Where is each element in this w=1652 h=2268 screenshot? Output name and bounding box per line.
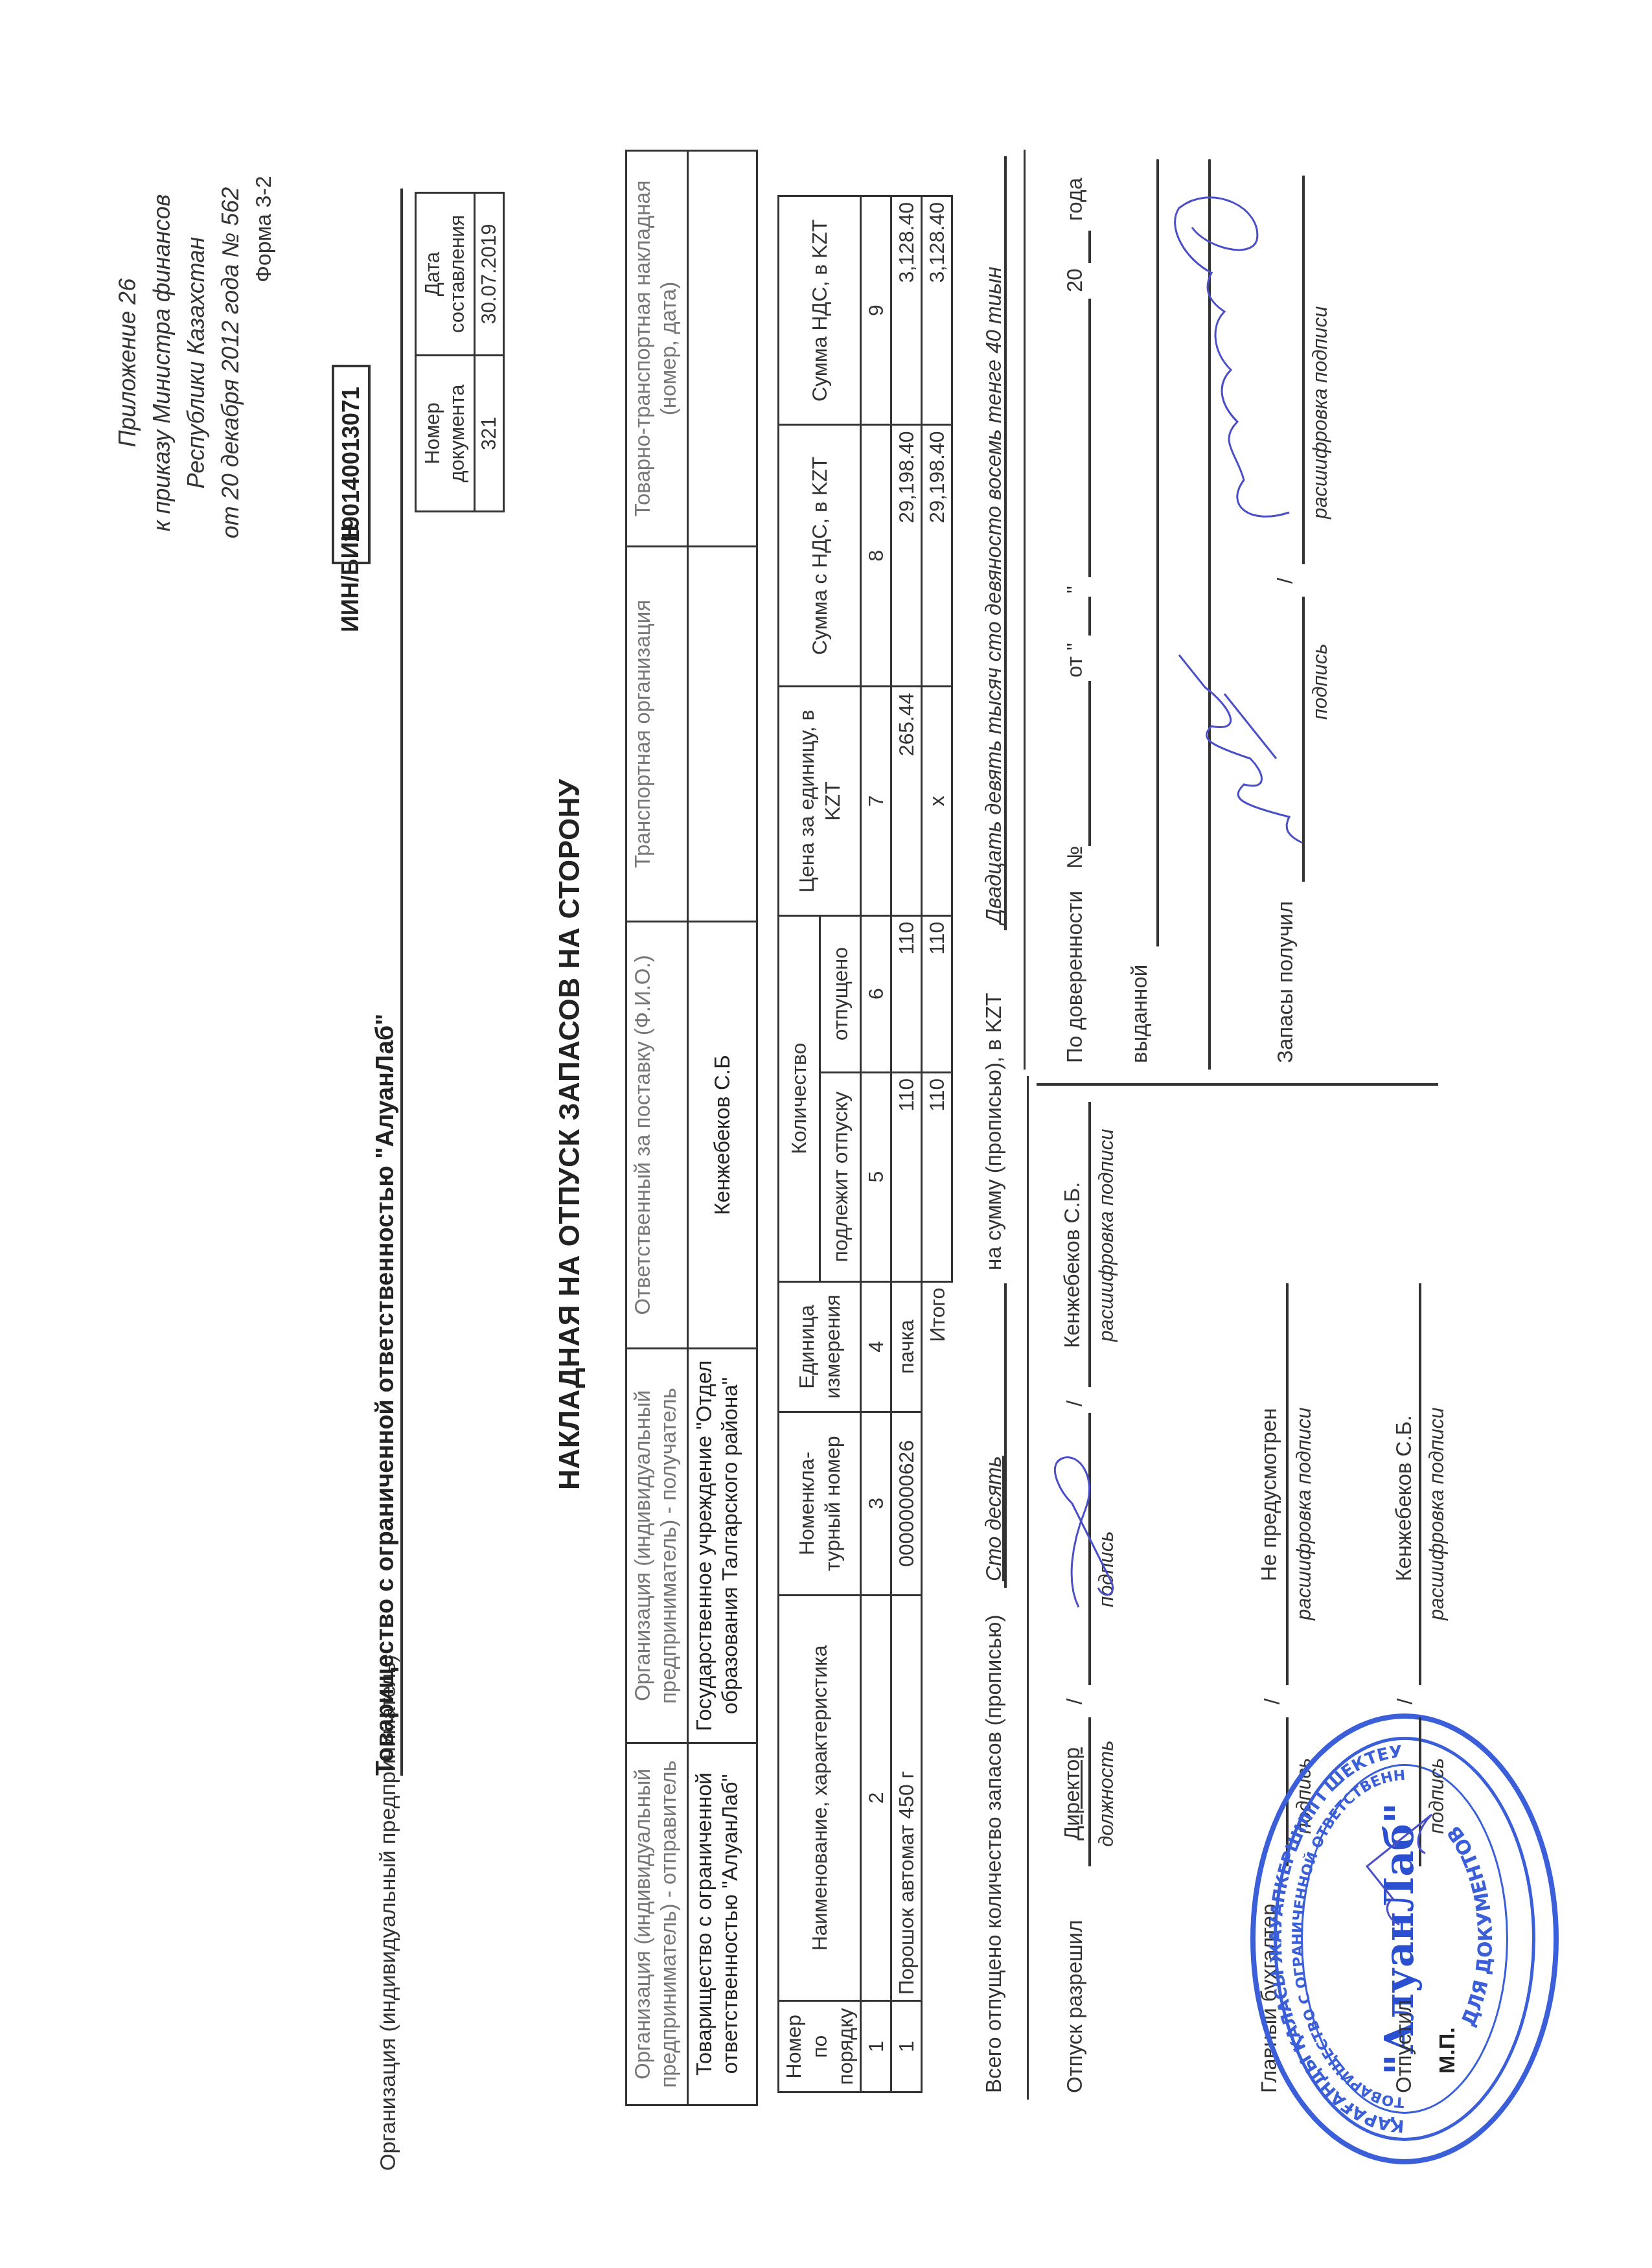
column-number: 5	[861, 1072, 891, 1281]
cell-price: 265.44	[891, 687, 922, 915]
total-row: Итого 110 110 x 29,198.40 3,128.40	[922, 196, 952, 2092]
column-numbers-row: 1 2 3 4 5 6 7 8 9	[861, 196, 891, 2092]
signature-caption: подпись	[1309, 643, 1332, 720]
position-caption: должность	[1095, 1741, 1118, 1847]
separator: /	[1260, 1699, 1285, 1704]
cell-vat-sum: 3,128.40	[891, 196, 922, 425]
col-name: Наименование, характеристика	[779, 1595, 861, 2001]
receiver-name-signature	[1140, 169, 1315, 532]
appendix-line: Приложение 26	[110, 117, 144, 609]
column-number: 3	[861, 1412, 891, 1595]
doc-date-header: Дата составления	[416, 193, 475, 356]
total-vat-sum: 3,128.40	[922, 196, 952, 425]
released-name: Кенжебеков С.Б.	[1392, 1415, 1416, 1581]
cell-released: 110	[891, 915, 922, 1072]
cell-unit: пачка	[891, 1281, 922, 1412]
position-line	[1088, 1717, 1091, 1866]
column-number: 8	[861, 425, 891, 687]
waybill-value	[688, 151, 757, 547]
released-name-line	[1419, 1283, 1421, 1685]
column-number: 4	[861, 1281, 891, 1412]
col-sum-with-vat: Сумма с НДС, в KZT	[779, 425, 861, 687]
col-price: Цена за единицу, в KZT	[779, 687, 861, 915]
recipient-header: Организация (индивидуальный предпринимат…	[626, 1349, 688, 1743]
doc-date-value: 30.07.2019	[475, 193, 504, 356]
cell-row-number: 1	[891, 2001, 922, 2092]
col-row-number: Номер по порядку	[779, 2001, 861, 2092]
total-label: Итого	[922, 1281, 952, 1412]
sum-words-label: на сумму (прописью), в KZT	[981, 993, 1006, 1270]
poa-year-line	[1088, 231, 1091, 263]
sender-header: Организация (индивидуальный предпринимат…	[626, 1743, 688, 2105]
col-to-release: подлежит отпуску	[820, 1072, 861, 1281]
quote-close: "	[1062, 586, 1087, 593]
chief-accountant-name: Не предусмотрен	[1257, 1408, 1281, 1581]
total-released: 110	[922, 915, 952, 1072]
decode-caption: расшифровка подписи	[1095, 1129, 1118, 1342]
decode-caption: расшифровка подписи	[1425, 1408, 1449, 1620]
director-name: Кенжебеков С.Б.	[1060, 1182, 1084, 1348]
received-label: Запасы получил	[1273, 901, 1298, 1063]
appendix-line: к приказу Министра финансов	[144, 117, 179, 609]
document-number-table: Номер документа Дата составления 321 30.…	[415, 192, 505, 512]
sender-value: Товарищество с ограниченной ответственно…	[688, 1743, 757, 2105]
cell-to-release: 110	[891, 1072, 922, 1281]
responsible-value: Кенжебеков С.Б	[688, 922, 757, 1349]
release-permitted-label: Отпуск разрешил	[1062, 1920, 1087, 2093]
appendix-line: от 20 декабря 2012 года № 562	[213, 117, 247, 609]
sum-words-value: Двадцать девять тысяч сто девяносто восе…	[981, 267, 1006, 924]
col-quantity: Количество	[779, 915, 820, 1281]
cell-name: Порошок автомат 450 г	[891, 1595, 922, 2001]
doc-number-value: 321	[475, 356, 504, 512]
qty-words-underline	[1004, 1283, 1007, 1588]
col-released: отпущено	[820, 915, 861, 1072]
form-label: Форма 3-2	[251, 176, 277, 282]
year-prefix: 20	[1062, 268, 1087, 292]
cell-nomenclature: 00000000626	[891, 1412, 922, 1595]
organization-name: Товарищество с ограниченной ответственно…	[371, 189, 403, 1776]
director-signature	[1027, 1426, 1118, 1620]
divider-top-right	[1024, 150, 1026, 1070]
from-label: от "	[1062, 643, 1087, 678]
column-number: 6	[861, 915, 891, 1072]
column-number: 7	[861, 687, 891, 915]
released-signature	[1348, 1802, 1438, 1944]
issued-label: выданной	[1127, 965, 1152, 1063]
appendix-note: Приложение 26 к приказу Министра финансо…	[110, 117, 247, 609]
poa-day-line	[1088, 597, 1091, 636]
doc-number-header: Номер документа	[416, 356, 475, 512]
cell-sum-with-vat: 29,198.40	[891, 425, 922, 687]
sum-words-underline	[1004, 156, 1007, 930]
separator: /	[1393, 1699, 1417, 1704]
appendix-line: Республики Казахстан	[179, 117, 213, 609]
separator: /	[1062, 1401, 1087, 1406]
section-divider	[1037, 1083, 1438, 1086]
total-price: x	[922, 687, 952, 915]
separator: /	[1273, 578, 1298, 584]
items-table: Номер по порядку Наименование, характери…	[777, 195, 953, 2093]
page-title: НАКЛАДНАЯ НА ОТПУСК ЗАПАСОВ НА СТОРОНУ	[554, 713, 586, 1555]
year-suffix: года	[1062, 178, 1087, 221]
mp-label: М.П.	[1435, 2027, 1460, 2074]
poa-month-line	[1088, 299, 1091, 577]
chief-name-line	[1286, 1283, 1289, 1685]
power-of-attorney-label: По доверенности	[1062, 891, 1087, 1063]
col-vat-sum: Сумма НДС, в KZT	[779, 196, 861, 425]
released-label: Отпустил	[1392, 2000, 1416, 2093]
qty-words-label: Всего отпущено количество запасов (пропи…	[981, 1614, 1006, 2093]
recipient-value: Государственное учреждение "Отдел образо…	[688, 1349, 757, 1743]
svg-text:ДЛЯ ДОКУМЕНТОВ: ДЛЯ ДОКУМЕНТОВ	[1443, 1822, 1497, 2030]
column-number: 2	[861, 1595, 891, 2001]
column-number: 9	[861, 196, 891, 425]
waybill-header: Товарно-транспортная накладная (номер, д…	[626, 151, 688, 547]
transport-org-header: Транспортная организация	[626, 547, 688, 922]
receiver-signature	[1140, 584, 1309, 856]
total-sum-with-vat: 29,198.40	[922, 425, 952, 687]
iin-value: 190140013071	[332, 365, 371, 564]
qty-words-value: Сто десять	[981, 1456, 1006, 1581]
organization-name-text: Товарищество с ограниченной ответственно…	[372, 1014, 399, 1776]
director-position: Директор	[1060, 1747, 1084, 1840]
col-nomenclature: Номенкла-турный номер	[779, 1412, 861, 1595]
column-number: 1	[861, 2001, 891, 2092]
number-sign: №	[1062, 846, 1087, 869]
col-unit: Единица измерения	[779, 1281, 861, 1412]
table-row: 1 Порошок автомат 450 г 00000000626 пачк…	[891, 196, 922, 2092]
director-name-line	[1088, 1102, 1091, 1387]
separator: /	[1062, 1699, 1087, 1704]
parties-table: Организация (индивидуальный предпринимат…	[625, 150, 758, 2106]
responsible-header: Ответственный за поставку (Ф.И.О.)	[626, 922, 688, 1349]
decode-caption: расшифровка подписи	[1292, 1408, 1316, 1620]
poa-number-line	[1088, 681, 1091, 846]
transport-org-value	[688, 547, 757, 922]
total-to-release: 110	[922, 1072, 952, 1281]
document-page: Приложение 26 к приказу Министра финансо…	[0, 0, 1652, 2268]
